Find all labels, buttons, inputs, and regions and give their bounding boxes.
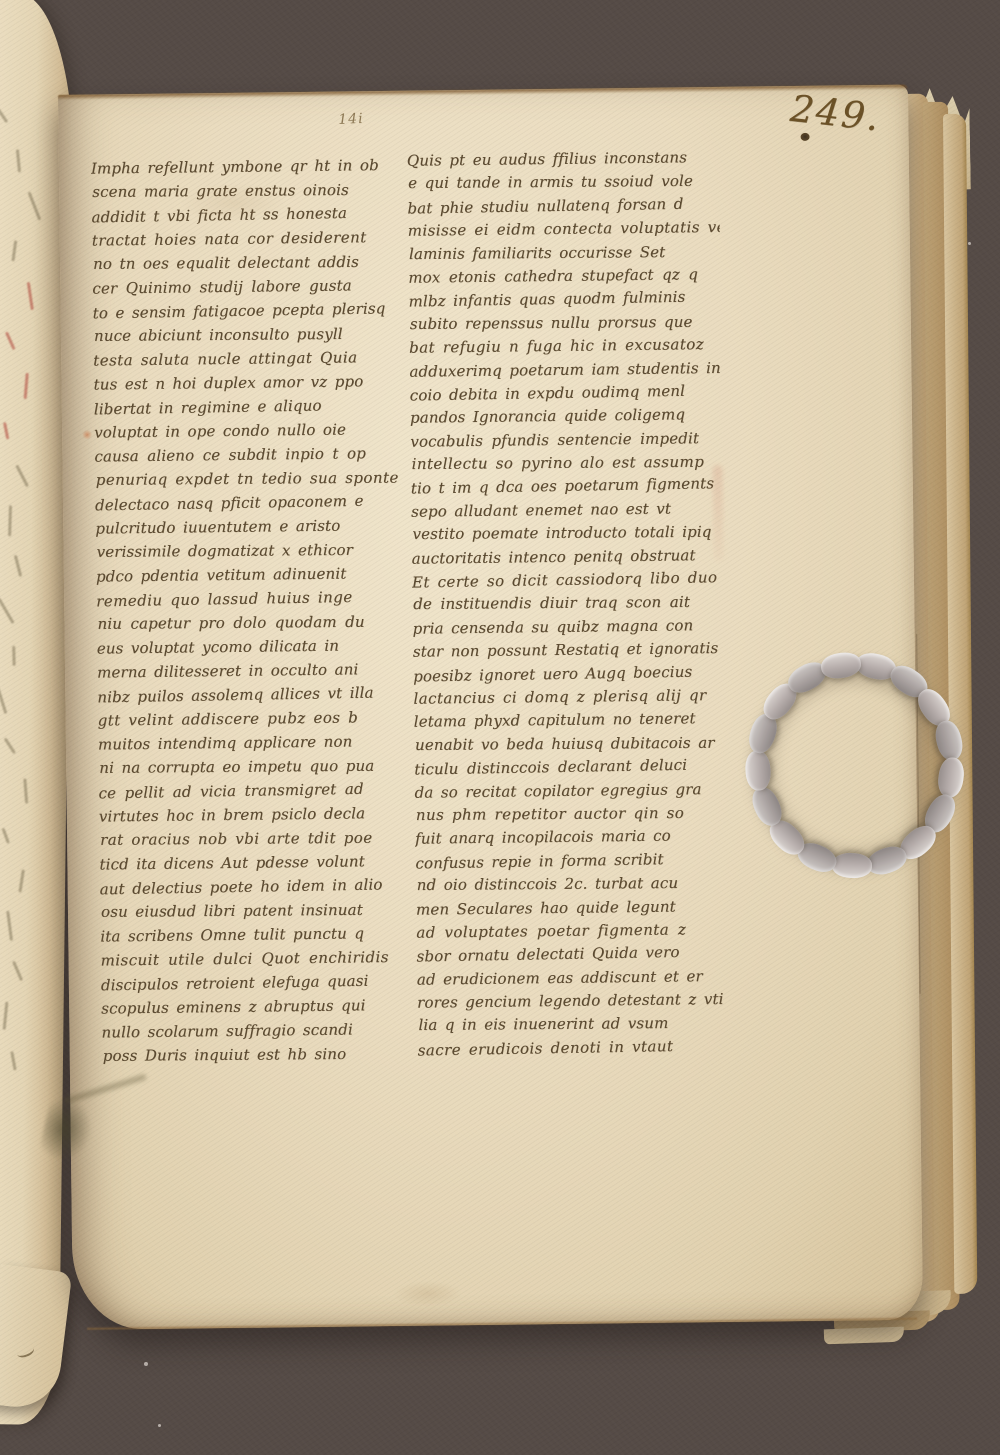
parchment-stain <box>82 430 92 440</box>
text-line: nuce abiciunt inconsulto pusyll <box>94 325 406 351</box>
dust-speck <box>968 242 971 245</box>
folio-mark: 14i <box>338 111 364 128</box>
script-trace <box>0 687 7 714</box>
text-line: nus phm repetitor auctor qin so <box>416 804 728 830</box>
text-line: osu eiusdud libri patent insinuat <box>101 901 413 927</box>
rubric-trace <box>5 331 16 350</box>
parchment-stain <box>393 1280 463 1307</box>
script-trace <box>11 240 17 261</box>
script-trace <box>28 192 42 221</box>
text-line: vestito poemate introducto totali ipiq <box>412 524 724 550</box>
text-line: sacre erudicois denoti in vtaut <box>418 1037 730 1065</box>
rubric-trace <box>24 373 29 399</box>
dust-speck <box>144 1362 148 1366</box>
clasp-bead <box>831 853 872 879</box>
script-trace <box>4 737 16 754</box>
text-line: nullo scolarum suffragio scandi <box>101 1021 413 1049</box>
text-line: rat oracius nob vbi arte tdit poe <box>100 829 412 855</box>
page-stack-step <box>824 1327 904 1345</box>
text-line: Impha refellunt ymbone qr ht in ob <box>91 157 403 185</box>
text-line: nd oio distinccois 2c. turbat acu <box>417 875 729 901</box>
text-column-right: Quis pt eu audus ffilius inconstanse qui… <box>407 149 730 1065</box>
script-trace <box>18 869 24 892</box>
text-line: misisse ei eidm contecta voluptatis ve <box>408 219 720 246</box>
dust-speck <box>158 1424 161 1427</box>
script-trace <box>0 597 15 624</box>
script-trace <box>14 555 22 577</box>
script-trace <box>12 961 23 981</box>
script-trace <box>8 505 12 536</box>
text-column-left: Impha refellunt ymbone qr ht in obscena … <box>91 157 414 1073</box>
rubric-trace <box>3 422 9 439</box>
script-trace <box>10 1051 16 1070</box>
ink-blot <box>801 133 810 141</box>
text-line: niu capetur pro dolo quodam du <box>97 613 409 639</box>
photo-backdrop: { "page": { "page_number": "249.", "foli… <box>0 0 1000 1455</box>
script-trace <box>0 108 8 123</box>
text-line: pulcritudo iuuentutem e aristo <box>95 517 407 545</box>
script-trace <box>12 646 15 666</box>
rubric-trace <box>27 282 34 310</box>
ink-squiggle <box>15 1343 36 1360</box>
script-trace <box>2 828 10 844</box>
text-line: poesibz ignoret uero Augq boecius <box>413 663 725 692</box>
script-trace <box>15 465 29 488</box>
text-line: laminis familiarits occurisse Set <box>409 243 721 269</box>
script-trace <box>23 778 28 803</box>
text-line: poss Duris inquiut est hb sino <box>103 1045 414 1071</box>
text-line: verissimile dogmatizat x ethicor <box>97 541 409 567</box>
script-trace <box>6 911 13 941</box>
text-line: subito repenssus nullu prorsus que <box>410 313 722 339</box>
text-line: no tn oes equalit delectant addis <box>93 253 405 279</box>
script-trace <box>16 149 21 172</box>
text-line: de instituendis diuir traq scon ait <box>413 594 725 620</box>
beaded-band-clasp <box>737 645 973 885</box>
bottom-left-leaf-corner <box>0 1264 72 1412</box>
script-trace <box>3 1002 9 1030</box>
